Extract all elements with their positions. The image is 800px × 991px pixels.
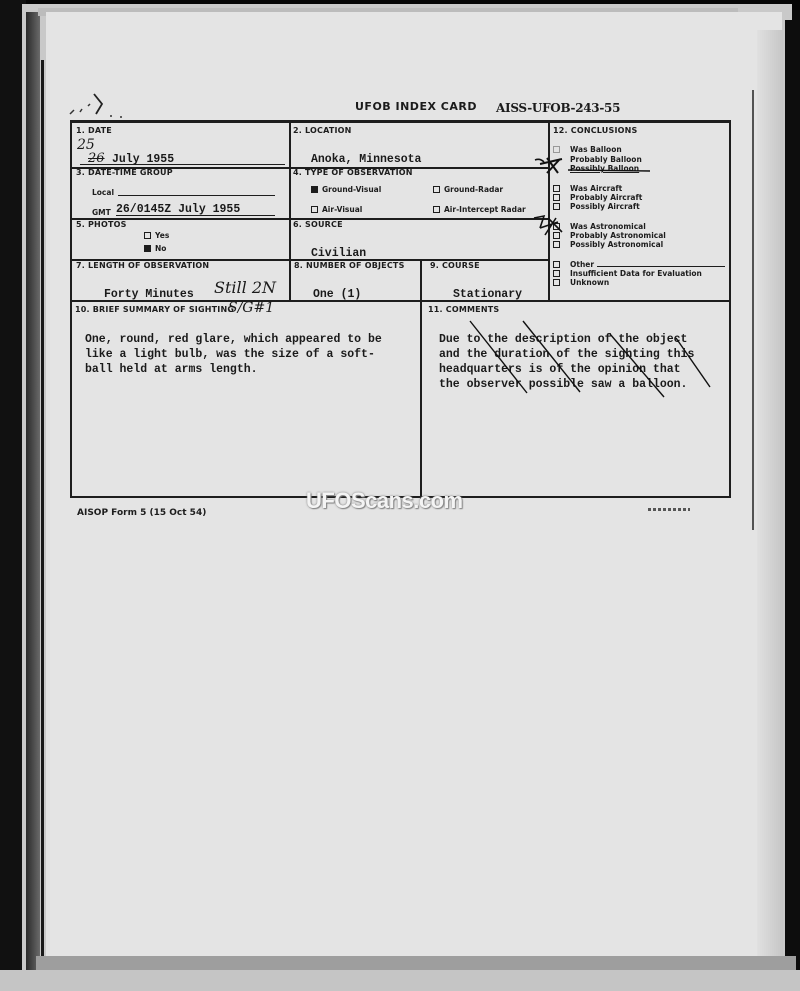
date-time-group-label: 3. DATE-TIME GROUP: [76, 168, 173, 177]
conclusion-was-aircraft[interactable]: Was Aircraft: [553, 184, 622, 193]
course-label: 9. COURSE: [430, 261, 480, 270]
course-value: Stationary: [453, 288, 522, 301]
conclusion-probably-aircraft[interactable]: Probably Aircraft: [553, 193, 642, 202]
conclusion-unknown[interactable]: Unknown: [553, 278, 609, 287]
scan-border-right: [785, 20, 800, 980]
scan-shadow-bottom: [36, 956, 796, 970]
source-label: 6. SOURCE: [293, 220, 343, 229]
conclusion-insufficient-data[interactable]: Insufficient Data for Evaluation: [553, 269, 702, 278]
brief-summary-label: 10. BRIEF SUMMARY OF SIGHTING: [75, 305, 234, 314]
conclusion-possibly-aircraft[interactable]: Possibly Aircraft: [553, 202, 640, 211]
scan-edge-right: [757, 30, 783, 960]
checkbox-icon: [144, 232, 151, 239]
conclusion-possibly-balloon[interactable]: Possibly Balloon: [553, 164, 639, 173]
checkbox-icon: [553, 232, 560, 239]
conclusions-label: 12. CONCLUSIONS: [553, 126, 638, 135]
local-time-label: Local: [92, 188, 114, 197]
option-photos-yes[interactable]: Yes: [144, 231, 169, 240]
conclusion-was-balloon[interactable]: Was Balloon: [553, 145, 622, 154]
source-value: Civilian: [311, 247, 366, 260]
conclusion-other[interactable]: Other: [553, 260, 594, 269]
scan-border-bottom: [0, 970, 800, 991]
brief-summary-text: One, round, red glare, which appeared to…: [85, 332, 382, 377]
checkbox-icon: [433, 186, 440, 193]
checkbox-checked-icon: [311, 186, 318, 193]
date-label: 1. DATE: [76, 126, 112, 135]
checkbox-icon: [553, 261, 560, 268]
type-of-observation-label: 4. TYPE OF OBSERVATION: [293, 168, 413, 177]
checkbox-icon: [553, 156, 560, 163]
form-identifier: AISOP Form 5 (15 Oct 54): [77, 508, 206, 518]
binder-rule-right: [752, 90, 754, 530]
gmt-label: GMT: [92, 208, 111, 217]
print-code-smudge: [648, 508, 690, 511]
option-ground-radar[interactable]: Ground-Radar: [433, 185, 503, 194]
local-time-field: [118, 195, 275, 196]
binder-rule-left: [41, 60, 44, 960]
checkbox-icon: [553, 241, 560, 248]
number-of-objects-value: One (1): [313, 288, 361, 301]
length-handwritten-note: Still 2N: [214, 278, 276, 297]
checkbox-checked-icon: [144, 245, 151, 252]
comments-label: 11. COMMENTS: [428, 305, 499, 314]
conclusion-probably-balloon[interactable]: Probably Balloon: [553, 155, 642, 164]
scan-shadow-left: [26, 12, 40, 972]
checkbox-icon: [433, 206, 440, 213]
other-field: [597, 266, 725, 267]
option-air-intercept-radar[interactable]: Air-Intercept Radar: [433, 205, 526, 214]
summary-handwritten-note: S/G#1: [228, 300, 274, 316]
stamp-scribble-icon: [66, 92, 146, 122]
card-id-handwritten: AISS-UFOB-243-55: [496, 101, 620, 115]
option-air-visual[interactable]: Air-Visual: [311, 205, 362, 214]
conclusion-probably-astronomical[interactable]: Probably Astronomical: [553, 231, 666, 240]
length-of-observation-label: 7. LENGTH OF OBSERVATION: [76, 261, 209, 270]
checkbox-icon: [553, 146, 560, 153]
comments-text: Due to the description of the object and…: [439, 332, 694, 392]
checkbox-icon: [553, 203, 560, 210]
number-of-objects-label: 8. NUMBER OF OBJECTS: [294, 261, 405, 270]
watermark: UFOScans.com: [306, 488, 463, 514]
card-title: UFOB INDEX CARD: [355, 100, 477, 113]
location-label: 2. LOCATION: [293, 126, 352, 135]
checkbox-icon: [553, 279, 560, 286]
checkbox-checked-icon: [553, 165, 560, 172]
checkbox-icon: [553, 270, 560, 277]
length-of-observation-value: Forty Minutes: [104, 288, 194, 301]
checkbox-icon: [553, 185, 560, 192]
option-ground-visual[interactable]: Ground-Visual: [311, 185, 381, 194]
checkbox-icon: [553, 194, 560, 201]
checkbox-icon: [553, 223, 560, 230]
location-value: Anoka, Minnesota: [311, 153, 421, 166]
photos-label: 5. PHOTOS: [76, 220, 127, 229]
option-photos-no[interactable]: No: [144, 244, 166, 253]
conclusion-was-astronomical[interactable]: Was Astronomical: [553, 222, 646, 231]
conclusion-possibly-astronomical[interactable]: Possibly Astronomical: [553, 240, 663, 249]
checkbox-icon: [311, 206, 318, 213]
